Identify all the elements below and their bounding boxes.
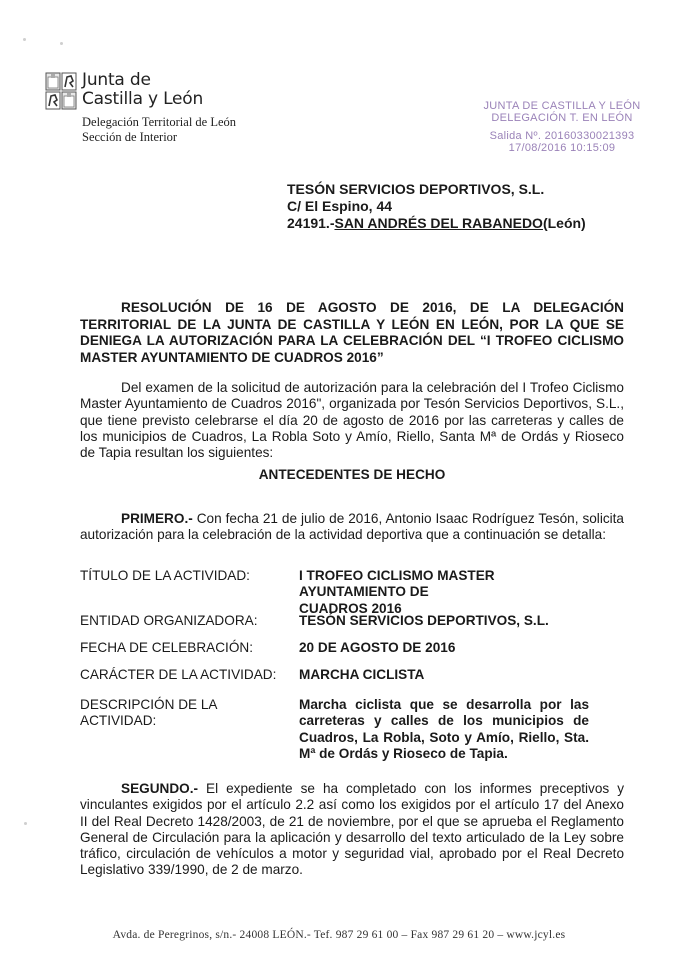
detail-label: TÍTULO DE LA ACTIVIDAD:	[80, 568, 290, 584]
detail-label: ENTIDAD ORGANIZADORA:	[80, 613, 290, 629]
resolution-title: RESOLUCIÓN DE 16 DE AGOSTO DE 2016, DE L…	[80, 300, 624, 366]
segundo-paragraph: SEGUNDO.- El expediente se ha completado…	[80, 781, 624, 879]
footer-contact: Avda. de Peregrinos, s/n.- 24008 LEÓN.- …	[0, 929, 678, 941]
scan-speck	[24, 822, 27, 825]
stamp-datetime: 17/08/2016 10:15:09	[462, 142, 662, 154]
detail-label: CARÁCTER DE LA ACTIVIDAD:	[80, 667, 290, 683]
recipient-address: TESÓN SERVICIOS DEPORTIVOS, S.L. C/ El E…	[287, 181, 586, 232]
detail-value: 20 DE AGOSTO DE 2016	[299, 640, 599, 656]
detail-value: I TROFEO CICLISMO MASTER AYUNTAMIENTO DE…	[299, 568, 499, 617]
organization-name: Junta de Castilla y León	[82, 71, 203, 109]
recipient-province: (León)	[543, 215, 586, 231]
section-name: Sección de Interior	[82, 130, 236, 145]
stamp-line: DELEGACIÓN T. EN LEÓN	[462, 112, 662, 124]
recipient-street: C/ El Espino, 44	[287, 198, 586, 215]
recipient-name: TESÓN SERVICIOS DEPORTIVOS, S.L.	[287, 181, 586, 198]
intro-paragraph: Del examen de la solicitud de autorizaci…	[80, 380, 624, 461]
scan-speck	[23, 38, 26, 41]
section-heading: ANTECEDENTES DE HECHO	[80, 467, 624, 482]
recipient-city-line: 24191.-SAN ANDRÉS DEL RABANEDO(León)	[287, 215, 586, 232]
scan-speck	[60, 42, 63, 45]
org-name-line2: Castilla y León	[82, 90, 203, 109]
stamp-line: JUNTA DE CASTILLA Y LEÓN	[462, 100, 662, 112]
castilla-leon-coat-of-arms-icon	[45, 72, 77, 110]
detail-value: TESÓN SERVICIOS DEPORTIVOS, S.L.	[299, 613, 599, 629]
detail-value: MARCHA CICLISTA	[299, 667, 599, 683]
detail-label: FECHA DE CELEBRACIÓN:	[80, 640, 290, 656]
stamp-exit-number: Salida Nº. 20160330021393	[462, 130, 662, 142]
detail-value: Marcha ciclista que se desarrolla por la…	[299, 697, 589, 762]
registry-stamp: JUNTA DE CASTILLA Y LEÓN DELEGACIÓN T. E…	[462, 100, 662, 154]
detail-label: DESCRIPCIÓN DE LA ACTIVIDAD:	[80, 697, 290, 730]
delegation-name: Delegación Territorial de León	[82, 115, 236, 130]
postal-code: 24191.-	[287, 215, 334, 231]
primero-lead: PRIMERO.-	[121, 511, 193, 526]
organization-subtitle: Delegación Territorial de León Sección d…	[82, 115, 236, 145]
org-name-line1: Junta de	[82, 71, 203, 90]
segundo-lead: SEGUNDO.-	[121, 781, 198, 796]
recipient-city: SAN ANDRÉS DEL RABANEDO	[334, 215, 542, 231]
primero-paragraph: PRIMERO.- Con fecha 21 de julio de 2016,…	[80, 511, 624, 544]
